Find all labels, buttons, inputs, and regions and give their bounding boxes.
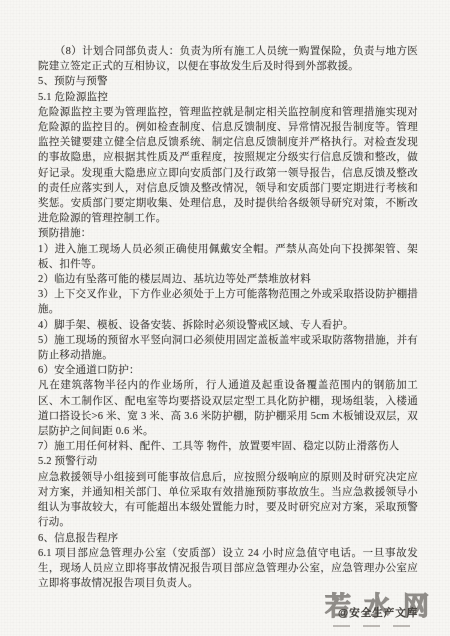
- document-page: （8）计划合同部负责人：负责为所有施工人员统一购置保险，负责与地方医院建立签定正…: [0, 0, 450, 636]
- watermark-dash: [393, 625, 410, 627]
- early-warning-action-paragraph: 应急救援领导小组接到可能事故信息后，应按照分级响应的原则及时研究决定应对方案，并…: [38, 470, 418, 531]
- watermark-handle: @安全生产文库: [338, 605, 418, 620]
- section-6-heading: 6、信息报告程序: [38, 531, 418, 546]
- prevention-measure-item-3: 3）上下交叉作业，下方作业必须处于上方可能落物范围之外或采取搭设防护棚措施。: [38, 287, 418, 317]
- section-5-1-heading: 5.1 危险源监控: [38, 90, 418, 105]
- prevention-measure-item-4: 4）脚手架、模板、设备安装、拆除时必须设警戒区域、专人看护。: [38, 318, 418, 333]
- watermark-dash: [363, 625, 380, 627]
- hazard-source-monitoring-paragraph: 危险源监控主要为管理监控，管理监控就是制定相关监控制度和管理措施实现对危险源的监…: [38, 105, 418, 227]
- section-5-2-heading: 5.2 预警行动: [38, 454, 418, 469]
- prevention-measure-item-1: 1）进入施工现场人员必须正确使用佩戴安全帽。严禁从高处向下投掷架管、架板、扣件等…: [38, 242, 418, 272]
- prevention-measure-item-7: 7）施工用任何材料、配件、工具等 物件，放置要牢固、稳定以防止滑落伤人: [38, 439, 418, 454]
- watermark-site-name: 若水网: [325, 586, 442, 623]
- document-body: （8）计划合同部负责人：负责为所有施工人员统一购置保险，负责与地方医院建立签定正…: [38, 44, 418, 591]
- watermark-underline-dashes: [333, 625, 410, 627]
- prevention-measures-label: 预防措施：: [38, 226, 418, 241]
- info-reporting-procedure-paragraph: 6.1 项目部应急管理办公室（安质部）设立 24 小时应急值守电话。一旦事故发生…: [38, 546, 418, 592]
- prevention-measure-item-6: 6）安全通道口防护：: [38, 363, 418, 378]
- section-5-heading: 5、预防与预警: [38, 74, 418, 89]
- prevention-measure-item-2: 2）临边有坠落可能的楼层周边、基坑边等处严禁堆放材料: [38, 272, 418, 287]
- watermark: 若水网 @安全生产文库: [325, 588, 447, 632]
- clause-8-responsibility-paragraph: （8）计划合同部负责人：负责为所有施工人员统一购置保险，负责与地方医院建立签定正…: [38, 44, 418, 74]
- watermark-dash: [333, 625, 350, 627]
- safety-passage-protection-paragraph: 凡在建筑落物半径内的作业场所，行人通道及起重设备覆盖范围内的钢筋加工区、木工制作…: [38, 378, 418, 439]
- prevention-measure-item-5: 5）施工现场的预留水平竖向洞口必须使用固定盖板盖牢或采取防落物措施，并有防止移动…: [38, 333, 418, 363]
